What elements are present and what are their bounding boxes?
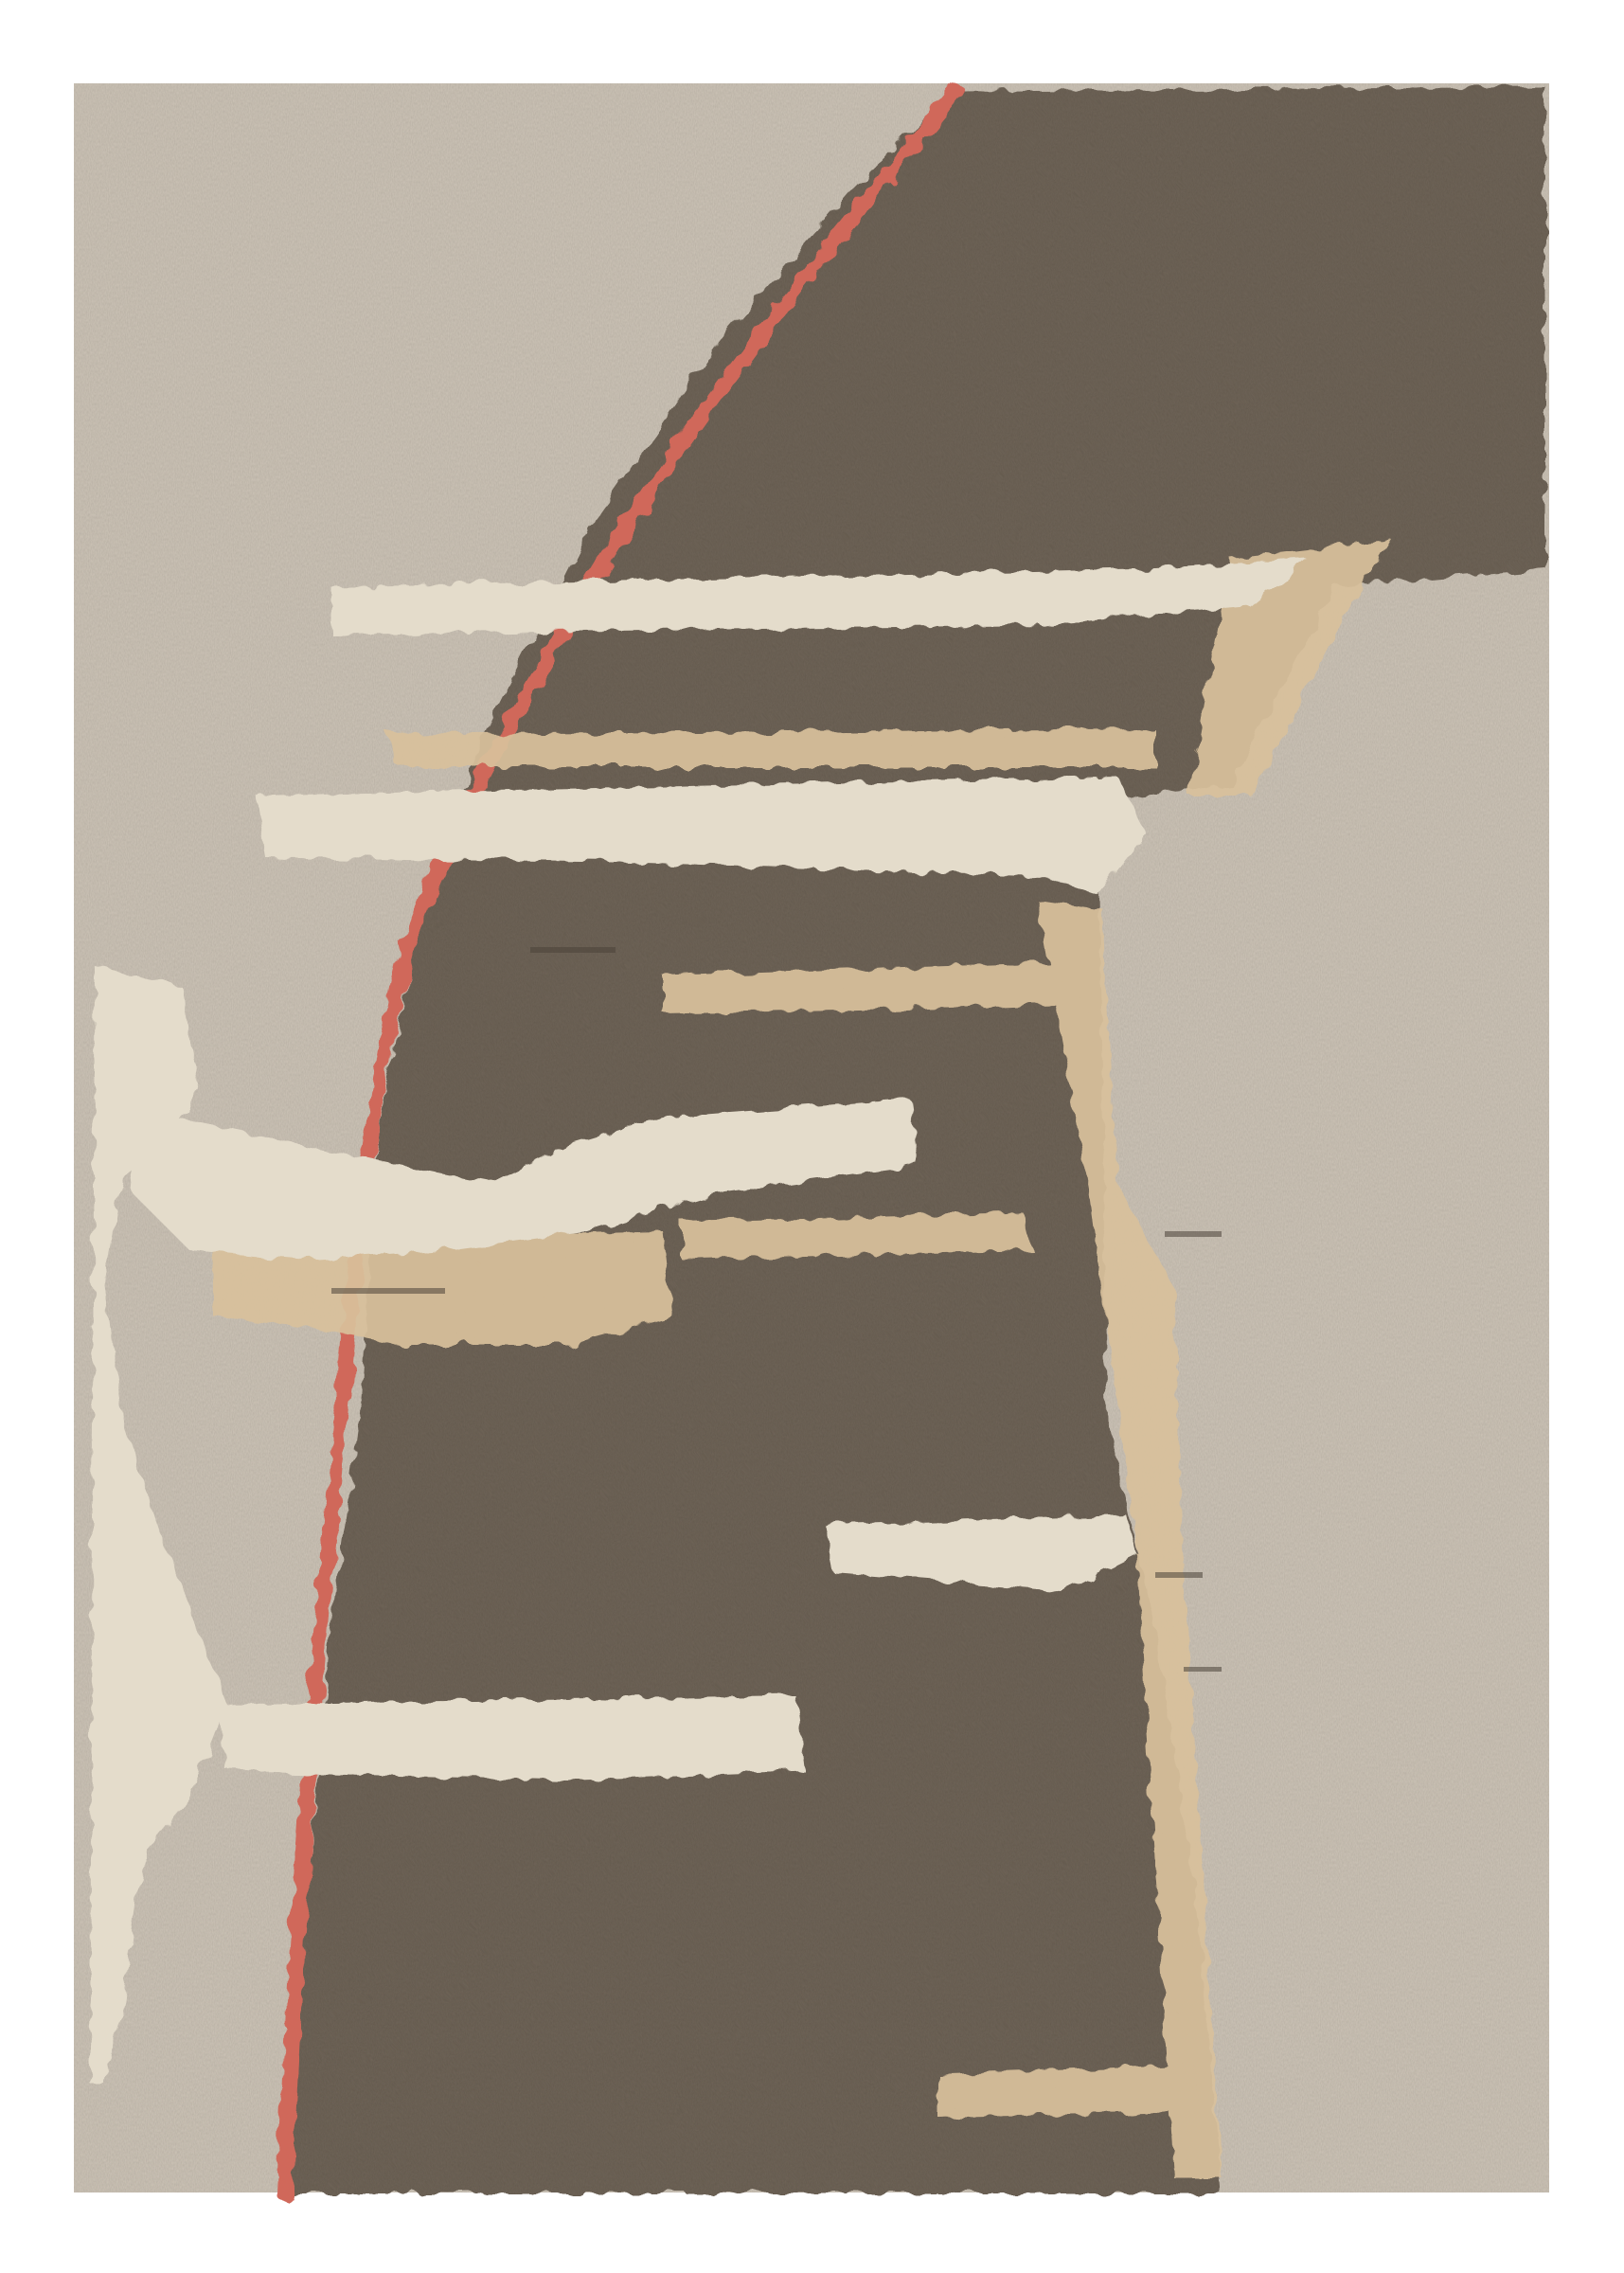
rug-photo — [0, 0, 1624, 2273]
rug-illustration — [0, 0, 1624, 2273]
